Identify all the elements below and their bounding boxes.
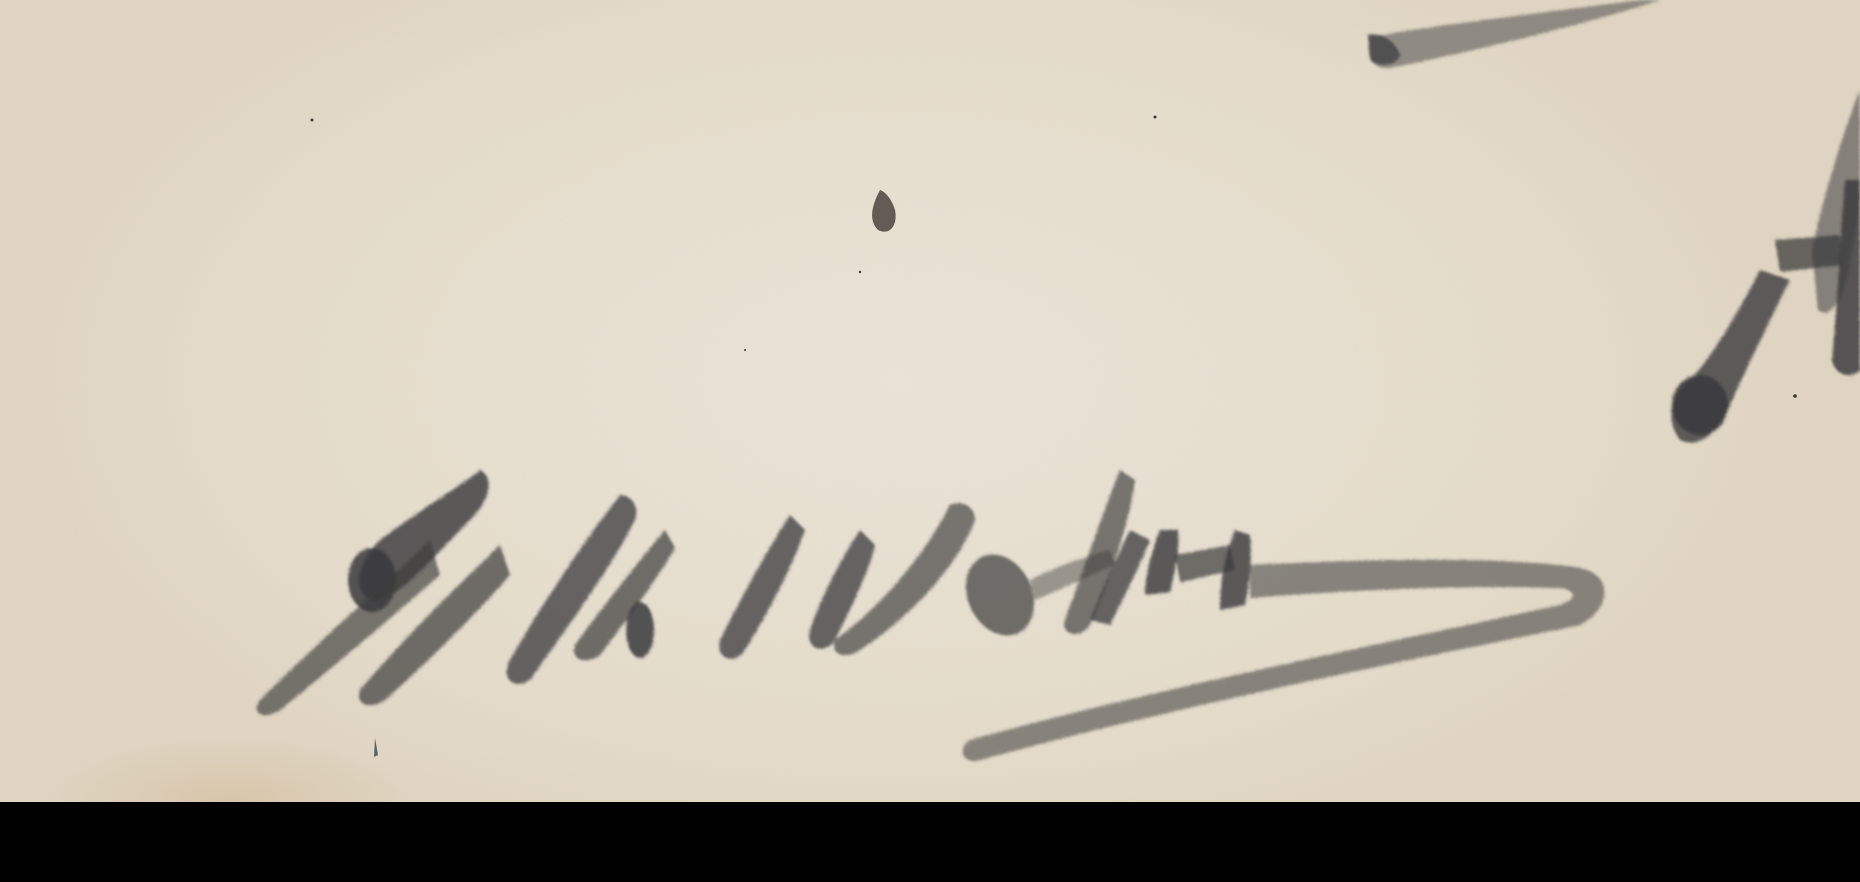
black-band [0,802,1860,882]
drawing-canvas [0,0,1860,802]
signature-photo [0,0,1860,802]
